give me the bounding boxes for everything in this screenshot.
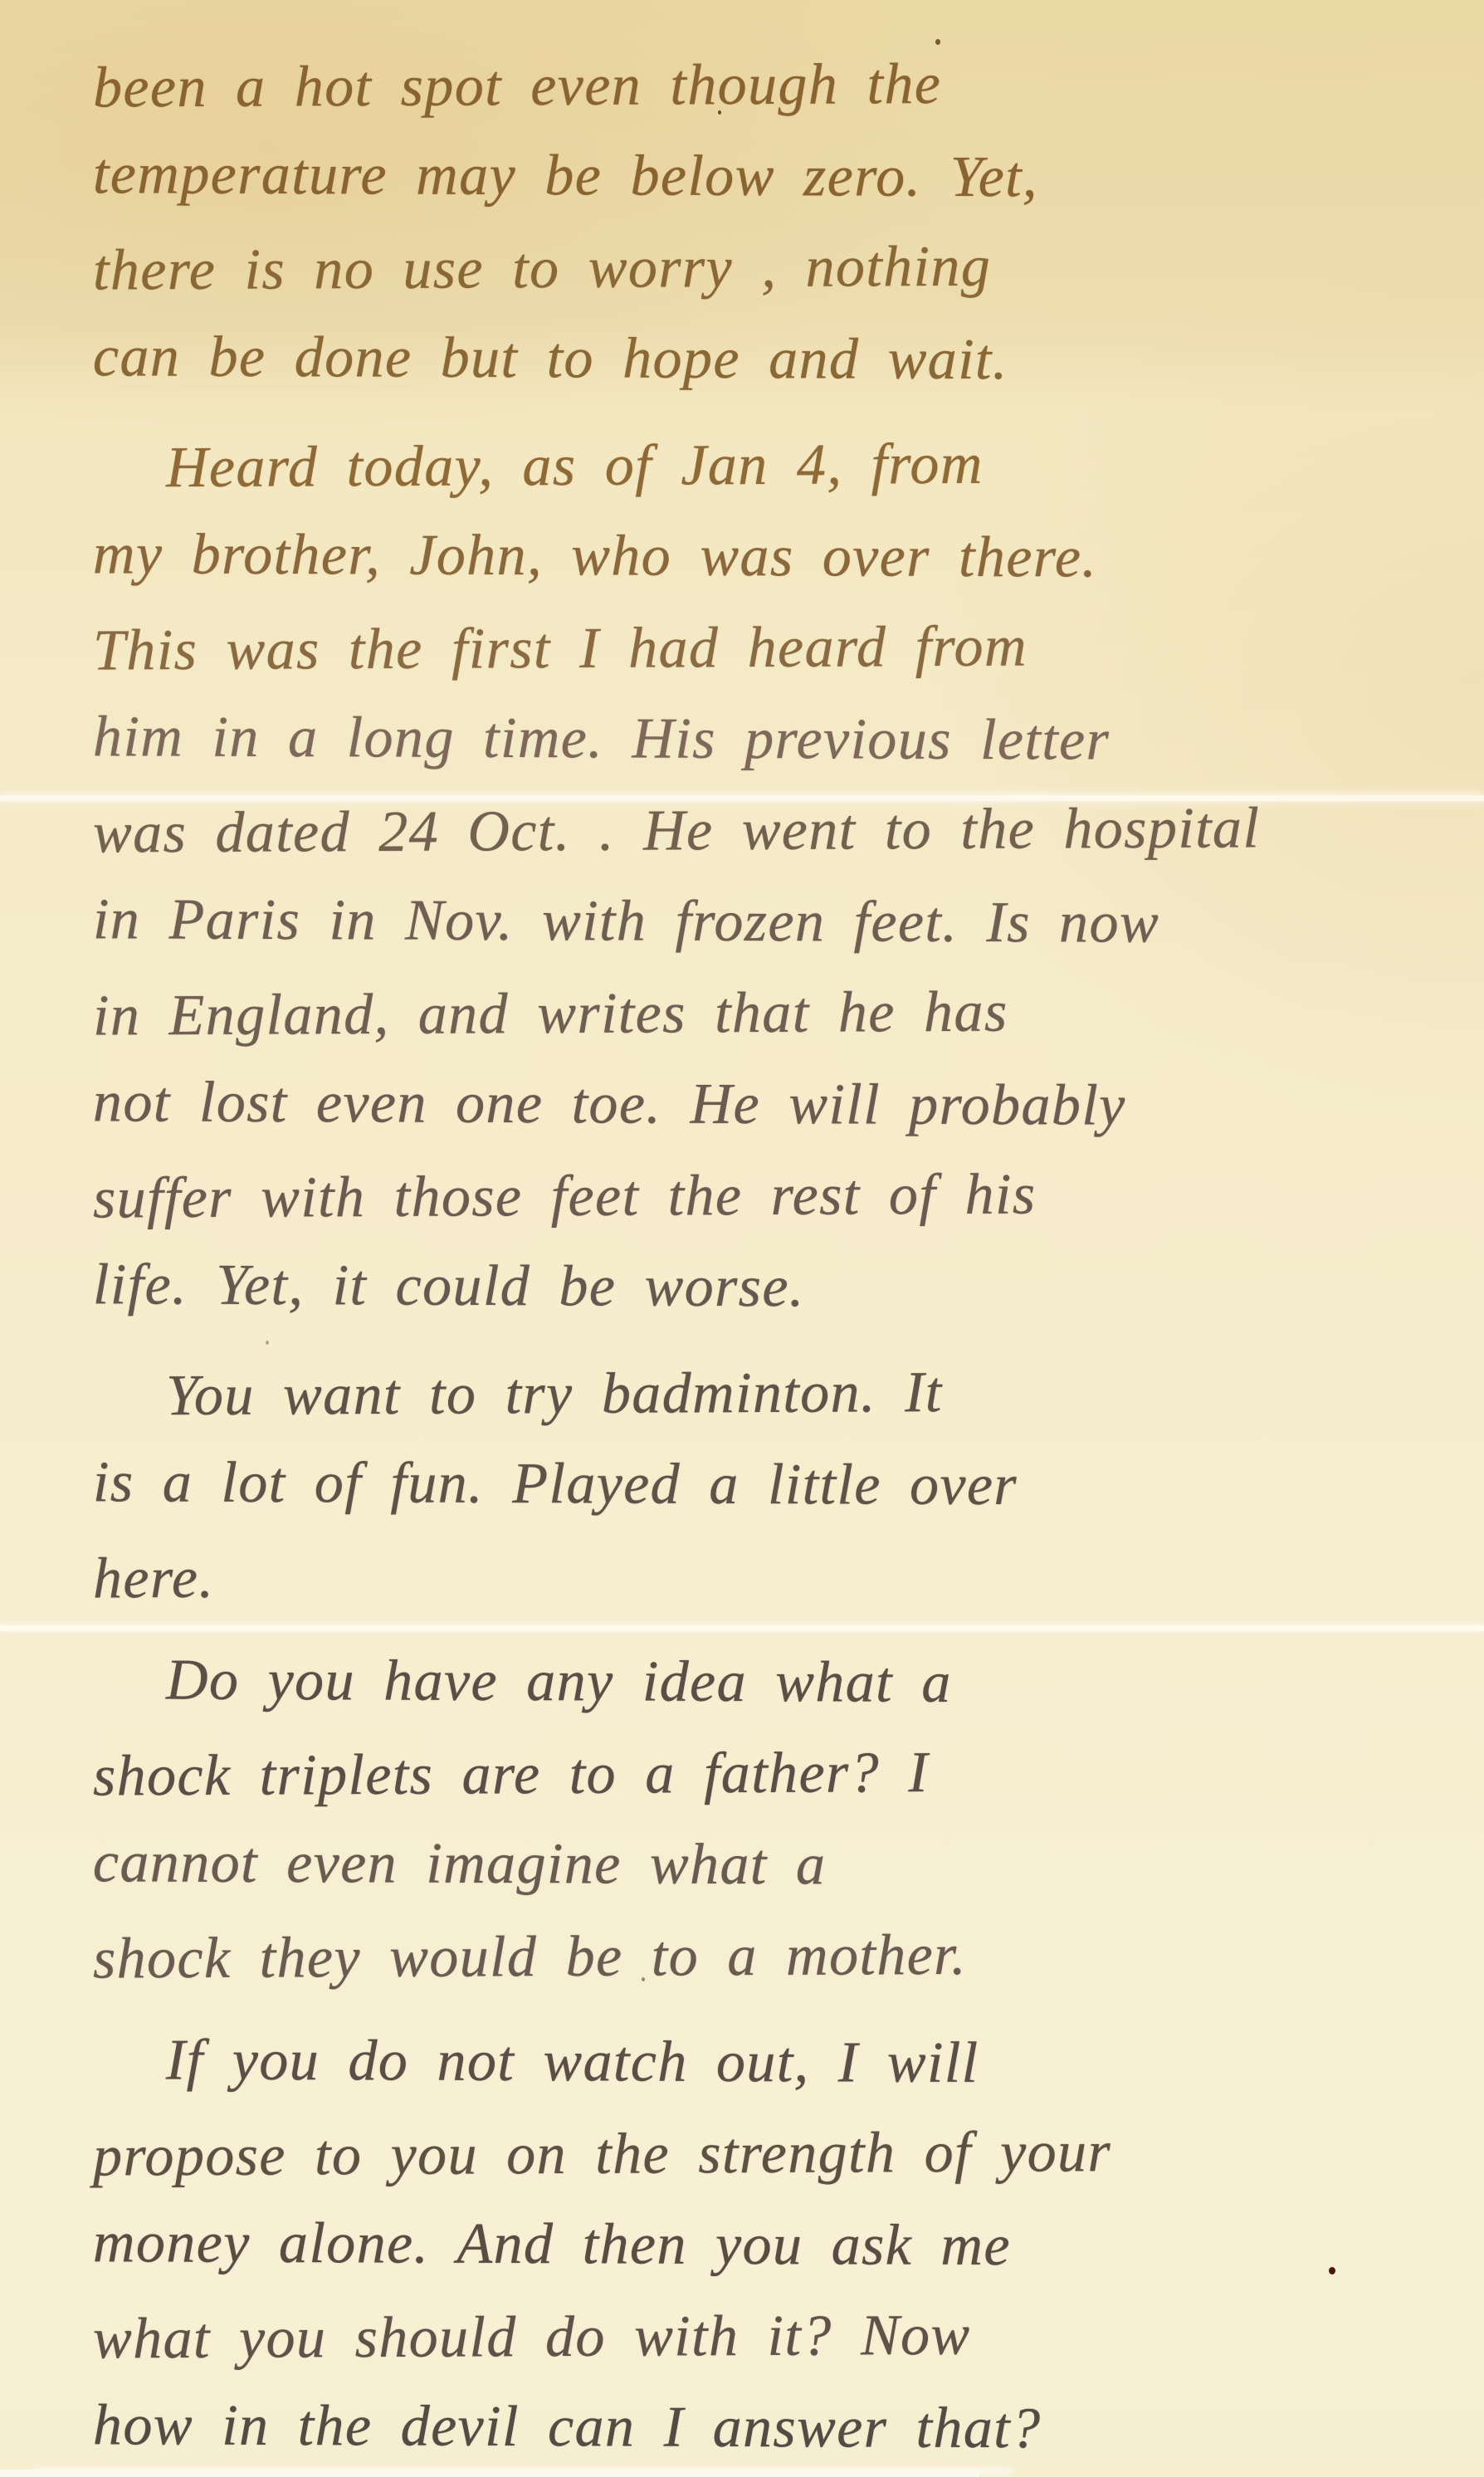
- handwritten-line: is a lot of fun. Played a little over: [93, 1437, 1411, 1533]
- handwritten-line: Heard today, as of Jan 4, from: [93, 418, 1411, 515]
- handwritten-line: can be done but to hope and wait.: [93, 311, 1411, 408]
- handwritten-line: suffer with those feet the rest of his: [93, 1148, 1411, 1245]
- letter-page: been a hot spot even though thetemperatu…: [0, 0, 1484, 2477]
- handwritten-line: shock they would be to a mother.: [93, 1908, 1411, 2006]
- handwritten-line: was dated 24 Oct. . He went to the hospi…: [93, 783, 1411, 880]
- handwritten-line: shock triplets are to a father? I: [93, 1726, 1411, 1823]
- handwritten-line: been a hot spot even though the: [93, 37, 1411, 134]
- handwritten-line: there is no use to worry , nothing: [93, 220, 1411, 317]
- handwritten-line: here.: [93, 1528, 1411, 1625]
- handwritten-line: If you do not watch out, I will: [93, 2015, 1411, 2111]
- handwritten-line: my brother, John, who was over there.: [93, 509, 1411, 605]
- handwritten-line: him in a long time. His previous letter: [93, 691, 1411, 788]
- handwritten-line: how in the devil can I answer that?: [93, 2380, 1411, 2476]
- handwritten-line: life. Yet, it could be worse.: [93, 1239, 1411, 1336]
- handwritten-line: Do you have any idea what a: [93, 1634, 1411, 1731]
- handwritten-line: temperature may be below zero. Yet,: [93, 129, 1411, 225]
- handwritten-line: cannot even imagine what a: [93, 1817, 1411, 1913]
- handwritten-line: not lost even one toe. He will probably: [93, 1057, 1411, 1153]
- handwritten-line: in Paris in Nov. with frozen feet. Is no…: [93, 874, 1411, 970]
- handwritten-line: money alone. And then you ask me: [93, 2197, 1411, 2294]
- handwritten-line: This was the first I had heard from: [93, 600, 1411, 697]
- handwritten-line: propose to you on the strength of your: [93, 2106, 1411, 2203]
- letter-body: been a hot spot even though thetemperatu…: [0, 0, 1484, 2474]
- handwritten-line: in England, and writes that he has: [93, 965, 1411, 1063]
- handwritten-line: You want to try badminton. It: [93, 1346, 1411, 1443]
- handwritten-line: what you should do with it? Now: [93, 2289, 1411, 2386]
